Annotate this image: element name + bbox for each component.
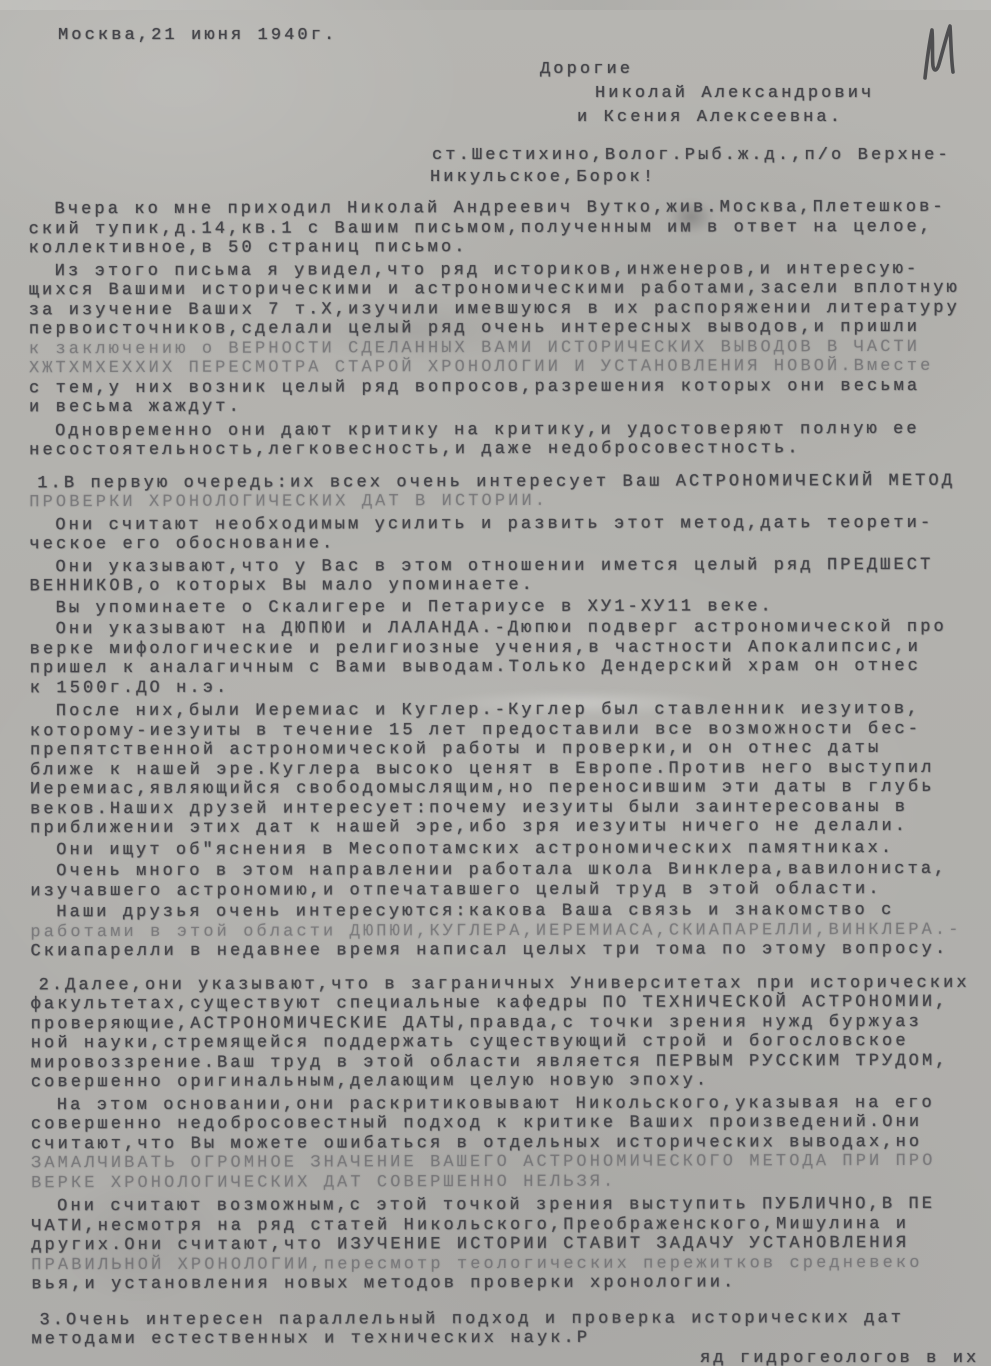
text-line: методами естественных и технических наук… xyxy=(31,1329,590,1349)
paragraph: 1.В первую очередь:их всех очень интерес… xyxy=(29,471,979,512)
text-line: щихся Вашими историческими и астрономиче… xyxy=(29,279,960,300)
text-line: считают,что Вы можете ошибаться в отдель… xyxy=(31,1132,922,1153)
paragraph: Очень много в этом направлении работала … xyxy=(30,860,980,901)
salutation-line: Дорогие xyxy=(540,60,633,80)
paragraph: 2.Далее,они указывают,что в заграничных … xyxy=(31,973,981,1092)
text-line: ЧАТИ,несмотря на ряд статей Никольского,… xyxy=(31,1214,909,1235)
text-line: Они ищут об"яснения в Месопотамских астр… xyxy=(56,838,894,859)
salutation-line: и Ксения Алексеевна. xyxy=(577,108,843,128)
text-line: ский тупик,д.14,кв.1 с Вашим письмом,пол… xyxy=(29,217,934,238)
text-line: ПРАВИЛЬНОЙ ХРОНОЛОГИИ,пересмотр теологич… xyxy=(31,1253,922,1274)
text-line: проверяющие,АСТРОНОМИЧЕСКИЕ ДАТЫ,правда,… xyxy=(31,1012,922,1033)
text-line: коллективное,в 50 страниц письмо. xyxy=(29,238,468,258)
text-line: Вчера ко мне приходил Николай Андреевич … xyxy=(54,198,945,219)
text-line: Они считают необходимым усилить и развит… xyxy=(55,513,933,534)
text-line: ближе к нашей эре.Куглера высоко ценят в… xyxy=(30,758,935,779)
text-line: других.Они считают,что ИЗУЧЕНИЕ ИСТОРИИ … xyxy=(31,1234,909,1255)
text-line: несостоятельность,легковесность,и даже н… xyxy=(29,439,801,460)
text-line: На этом основании,они раскритиковывают Н… xyxy=(57,1093,935,1114)
text-line: 1.В первую очередь:их всех очень интерес… xyxy=(37,471,955,492)
text-line: приближении этих дат к нашей эре,ибо зря… xyxy=(30,817,908,838)
text-line: с тем,у них возник целый ряд вопросов,ра… xyxy=(29,376,920,397)
text-line: Они указывают,что у Вас в этом отношении… xyxy=(55,555,933,576)
text-line: ВЕРКЕ ХРОНОЛОГИЧЕСКИХ ДАТ СОВЕРШЕННО НЕЛ… xyxy=(31,1172,616,1193)
paragraph: Они считают необходимым усилить и развит… xyxy=(29,513,979,554)
text-line: факультетах,существуют специальные кафед… xyxy=(31,993,949,1014)
address-line: Никульское,Борок! xyxy=(430,168,656,188)
text-line: ной науки,стремящейся поддержать существ… xyxy=(31,1032,909,1053)
text-line: первоисточников,сделали целый ряд очень … xyxy=(29,318,920,339)
text-line: Иеремиас,являющийся свободомыслящим,но п… xyxy=(30,778,935,799)
text-line: совершенно недобросовестный подход к кри… xyxy=(31,1113,922,1134)
dateline: Москва,21 июня 1940г. xyxy=(58,26,337,46)
text-line: ПРОВЕРКИ ХРОНОЛОГИЧЕСКИХ ДАТ В ИСТОРИИ. xyxy=(29,492,548,512)
paragraph: После них,были Иеремиас и Куглер.-Куглер… xyxy=(30,700,980,839)
text-line: ЗАМАЛЧИВАТЬ ОГРОМНОЕ ЗНАЧЕНИЕ ВАШЕГО АСТ… xyxy=(31,1152,936,1173)
text-line: верке мифологические и религиозные учени… xyxy=(30,637,921,658)
text-line: работами в этой области ДЮПЮИ,КУГЛЕРА,ИЕ… xyxy=(30,920,961,941)
text-line: Они считают возможным,с этой точкой зрен… xyxy=(57,1195,935,1216)
paragraph: Одновременно они дают критику на критику… xyxy=(29,419,979,460)
letter-page: Москва,21 июня 1940г. Дорогие Николай Ал… xyxy=(0,0,991,1366)
text-line: препятственной астрономической работы и … xyxy=(30,739,881,760)
text-line: Наши друзья очень интересуются:какова Ва… xyxy=(56,901,894,922)
text-line: Они указывают на ДЮПЮИ и ЛАЛАНДА.-Дюпюи … xyxy=(56,618,947,639)
text-line: к заключению о ВЕРНОСТИ СДЕЛАННЫХ ВАМИ И… xyxy=(29,337,920,358)
paragraph: Из этого письма я увидел,что ряд историк… xyxy=(29,259,979,417)
body-text: Вчера ко мне приходил Николай Андреевич … xyxy=(28,198,981,1350)
paragraph: Они указывают,что у Вас в этом отношении… xyxy=(29,555,979,596)
paragraph: Вы упоминаете о Скалигере и Петариусе в … xyxy=(30,596,980,618)
text-line: изучавшего астрономию,и отпечатавшего це… xyxy=(30,880,881,901)
paragraph: Они ищут об"яснения в Месопотамских астр… xyxy=(30,838,980,860)
text-line: к 1500г.ДО н.э. xyxy=(30,678,230,698)
text-line: пришел к аналагичным с Вами выводам.Толь… xyxy=(30,657,921,678)
paragraph: На этом основании,они раскритиковывают Н… xyxy=(31,1093,981,1193)
cutoff-text-line: яд гидрогеологов в их группе xyxy=(700,1349,991,1366)
salutation-line: Николай Александрович xyxy=(595,84,874,104)
paragraph: Они указывают на ДЮПЮИ и ЛАЛАНДА.-Дюпюи … xyxy=(30,618,980,698)
text-line: вья,и установления новых методов проверк… xyxy=(31,1273,736,1294)
text-line: и весьма жаждут. xyxy=(29,398,242,418)
text-line: Одновременно они дают критику на критику… xyxy=(55,419,920,440)
text-line: мировоззрение.Ваш труд в этой области яв… xyxy=(31,1051,949,1072)
text-line: ческое его обоснование. xyxy=(29,534,335,554)
text-line: за изучение Ваших 7 т.Х,изучили имевшуюс… xyxy=(29,298,960,319)
paragraph: Они считают возможным,с этой точкой зрен… xyxy=(31,1195,981,1295)
text-line: Скиапарелли в недавнее время написал цел… xyxy=(30,940,948,961)
handwritten-mark-icon xyxy=(915,18,975,92)
text-line: ХЖТХМХЕХХИХ ПЕРЕСМОТРА СТАРОЙ ХРОНОЛОГИИ… xyxy=(29,357,934,378)
text-line: веков.Наших друзей интересует:почему иез… xyxy=(30,797,908,818)
text-line: Вы упоминаете о Скалигере и Петариусе в … xyxy=(56,597,774,618)
text-line: 3.Очень интересен параллельный подход и … xyxy=(39,1308,904,1329)
text-line: 2.Далее,они указывают,что в заграничных … xyxy=(39,973,970,994)
text-line: Очень много в этом направлении работала … xyxy=(56,860,947,881)
text-line: ВЕННИКОВ,о которых Вы мало упоминаете. xyxy=(29,576,535,596)
paragraph: 3.Очень интересен параллельный подход и … xyxy=(31,1308,981,1349)
text-line: совершенно оригинальным,делающим целую н… xyxy=(31,1071,709,1092)
paragraph: Наши друзья очень интересуются:какова Ва… xyxy=(30,901,980,962)
text-line: Из этого письма я увидел,что ряд историк… xyxy=(55,259,920,280)
address-line: ст.Шестихино,Волог.Рыб.ж.д.,п/о Верхне- xyxy=(432,146,951,166)
text-line: которому-иезуиты в течение 15 лет предос… xyxy=(30,719,921,740)
text-line: После них,были Иеремиас и Куглер.-Куглер… xyxy=(56,700,921,721)
paragraph: Вчера ко мне приходил Николай Андреевич … xyxy=(28,198,978,259)
